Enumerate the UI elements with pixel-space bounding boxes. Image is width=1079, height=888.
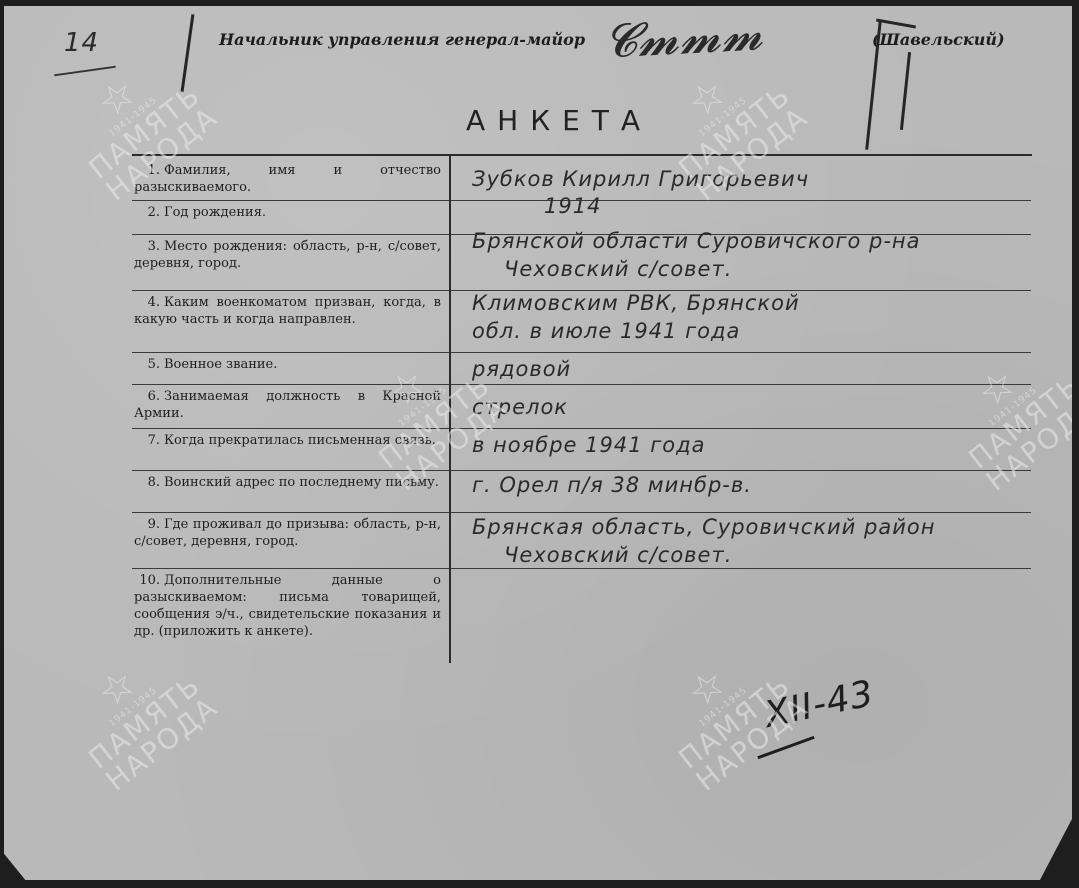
field-answer-4: Климовским РВК, Брянской [472,290,800,316]
row-divider [451,470,1031,471]
field-answer-9: Чеховский с/совет. [504,542,732,568]
row-divider [132,470,449,471]
pen-mark [900,52,911,130]
field-number: 10. [134,572,164,589]
row-divider [132,234,449,235]
field-label-text: Военное звание. [164,357,277,372]
field-answer-3: Брянской области Суровичского р-на [472,228,921,254]
row-divider [451,352,1031,353]
row-divider [451,428,1031,429]
row-divider [451,568,1031,569]
field-label-text: Место рождения: область, р-н, с/совет, д… [134,239,441,271]
row-divider [132,384,449,385]
field-number: 2. [134,204,164,221]
row-divider [132,290,449,291]
page-number: 14 [64,28,99,58]
field-label-2: 2.Год рождения. [134,204,441,221]
field-label-6: 6.Занимаемая должность в Красной Армии. [134,388,441,422]
field-answer-5: рядовой [472,356,571,382]
field-number: 8. [134,474,164,491]
field-answer-7: в ноябре 1941 года [472,432,706,458]
field-number: 7. [134,432,164,449]
archive-document-page: 14 Начальник управления генерал-майор 𝓒𝓶… [4,6,1072,880]
field-label-text: Когда прекратилась письменная связь. [164,433,436,448]
field-number: 5. [134,356,164,373]
field-answer-2: 1914 [544,193,601,219]
field-answer-8: г. Орел п/я 38 минбр-в. [472,472,752,498]
header-signer-name: (Шавельский) [872,30,1005,49]
archive-code: XII-43 [761,673,878,736]
field-number: 1. [134,162,164,179]
field-label-9: 9.Где проживал до призыва: область, р-н,… [134,516,441,550]
field-answer-3: Чеховский с/совет. [504,256,732,282]
watermark: ☆ 1941-1945 ПАМЯТЬ НАРОДА [57,636,223,796]
field-label-5: 5.Военное звание. [134,356,441,373]
field-label-text: Фамилия, имя и отчество разыскиваемого. [134,163,441,195]
field-label-text: Год рождения. [164,205,266,220]
row-divider [451,512,1031,513]
star-icon: ☆ [57,636,178,739]
field-label-text: Занимаемая должность в Красной Армии. [134,389,441,421]
pen-mark [876,19,916,29]
table-column-divider [449,156,451,663]
row-divider [132,512,449,513]
table-top-rule [132,154,1032,156]
field-answer-9: Брянская область, Суровичский район [472,514,935,540]
field-answer-4: обл. в июле 1941 года [472,318,740,344]
form-title: АНКЕТА [466,104,652,137]
row-divider [132,200,449,201]
star-icon: ☆ [647,636,768,739]
watermark: ☆ 1941-1945 ПАМЯТЬ НАРОДА [937,336,1079,496]
header-position-title: Начальник управления генерал-майор [219,30,585,49]
field-label-text: Воинский адрес по последнему письму. [164,475,439,490]
row-divider [451,384,1031,385]
field-number: 6. [134,388,164,405]
field-number: 4. [134,294,164,311]
field-label-10: 10.Дополнительные данные о разыскиваемом… [134,572,441,640]
page-number-underline [54,66,116,77]
field-answer-6: стрелок [472,394,568,420]
field-label-1: 1.Фамилия, имя и отчество разыскиваемого… [134,162,441,196]
field-number: 3. [134,238,164,255]
field-label-text: Дополнительные данные о разыскиваемом: п… [134,573,441,639]
field-answer-1: Зубков Кирилл Григорьевич [472,166,809,192]
pen-stroke [181,14,195,92]
signature: 𝓒𝓶𝓶𝓶 [603,6,765,70]
archive-code-underline [757,736,814,759]
field-number: 9. [134,516,164,533]
field-label-4: 4.Каким военкоматом призван, когда, в ка… [134,294,441,328]
star-icon: ☆ [57,46,178,149]
field-label-8: 8.Воинский адрес по последнему письму. [134,474,441,491]
row-divider [132,428,449,429]
field-label-text: Где проживал до призыва: область, р-н, с… [134,517,441,549]
row-divider [132,352,449,353]
field-label-7: 7.Когда прекратилась письменная связь. [134,432,441,449]
row-divider [132,568,449,569]
field-label-text: Каким военкоматом призван, когда, в каку… [134,295,441,327]
field-label-3: 3.Место рождения: область, р-н, с/совет,… [134,238,441,272]
row-divider [451,200,1031,201]
